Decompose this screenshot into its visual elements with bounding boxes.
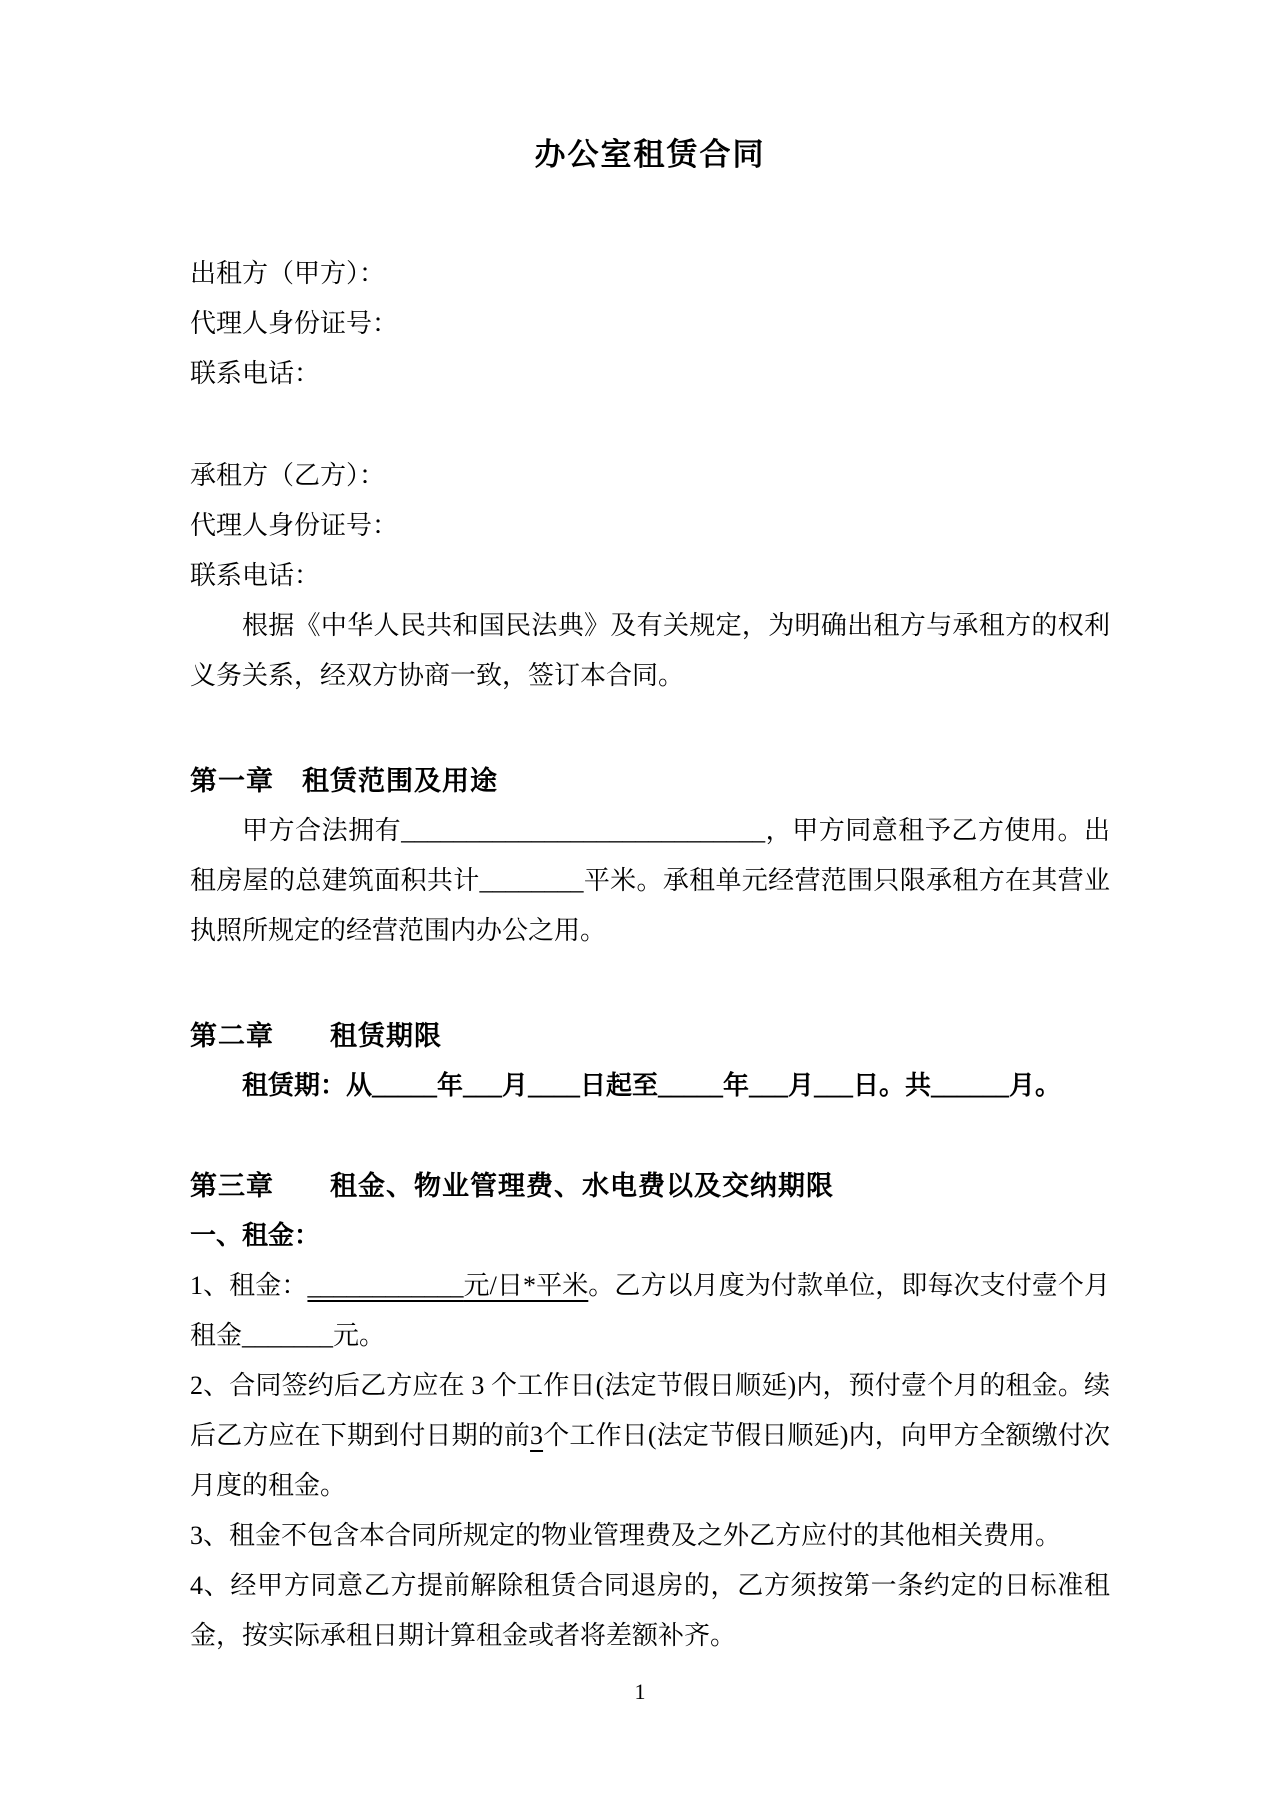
party-a-id-line: 代理人身份证号： bbox=[190, 299, 1110, 349]
chapter2-heading: 第二章 租赁期限 bbox=[190, 1011, 1110, 1061]
party-b-name-line: 承租方（乙方）： bbox=[190, 451, 1110, 501]
party-a-name-line: 出租方（甲方）： bbox=[190, 249, 1110, 299]
item1-prefix: 1、租金： bbox=[190, 1271, 307, 1300]
monthly-rent-blank: _______ bbox=[242, 1321, 333, 1350]
chapter3-item3: 3、租金不包含本合同所规定的物业管理费及之外乙方应付的其他相关费用。 bbox=[190, 1511, 1110, 1561]
rent-rate-unit: 元/日*平米 bbox=[463, 1271, 588, 1300]
chapter1-heading: 第一章 租赁范围及用途 bbox=[190, 756, 1110, 806]
chapter3-section1-label: 一、租金： bbox=[190, 1211, 1110, 1261]
payment-days-underlined: 3 bbox=[530, 1421, 543, 1450]
chapter3-heading: 第三章 租金、物业管理费、水电费以及交纳期限 bbox=[190, 1161, 1110, 1211]
party-a-phone-line: 联系电话： bbox=[190, 349, 1110, 399]
item1-suffix: 元。 bbox=[333, 1321, 385, 1350]
chapter1-body: 甲方合法拥有____________________________，甲方同意租… bbox=[190, 806, 1110, 956]
chapter3-item4: 4、经甲方同意乙方提前解除租赁合同退房的，乙方须按第一条约定的日标准租金，按实际… bbox=[190, 1561, 1110, 1661]
party-b-block: 承租方（乙方）： 代理人身份证号： 联系电话： bbox=[190, 451, 1110, 601]
party-b-phone-line: 联系电话： bbox=[190, 551, 1110, 601]
chapter3-item2: 2、合同签约后乙方应在 3 个工作日(法定节假日顺延)内，预付壹个月的租金。续后… bbox=[190, 1361, 1110, 1511]
page-number: 1 bbox=[0, 1668, 1280, 1716]
chapter3-item1: 1、租金：____________元/日*平米。乙方以月度为付款单位，即每次支付… bbox=[190, 1261, 1110, 1361]
preamble-paragraph: 根据《中华人民共和国民法典》及有关规定，为明确出租方与承租方的权利义务关系，经双… bbox=[190, 601, 1110, 701]
contract-page: 办公室租赁合同 出租方（甲方）： 代理人身份证号： 联系电话： 承租方（乙方）：… bbox=[0, 0, 1280, 1810]
rent-rate-blank: ____________ bbox=[307, 1271, 463, 1300]
party-b-id-line: 代理人身份证号： bbox=[190, 501, 1110, 551]
document-title: 办公室租赁合同 bbox=[190, 125, 1110, 185]
chapter2-lease-term-line: 租赁期：从_____年___月____日起至_____年___月___日。共__… bbox=[190, 1061, 1110, 1111]
party-a-block: 出租方（甲方）： 代理人身份证号： 联系电话： bbox=[190, 249, 1110, 399]
